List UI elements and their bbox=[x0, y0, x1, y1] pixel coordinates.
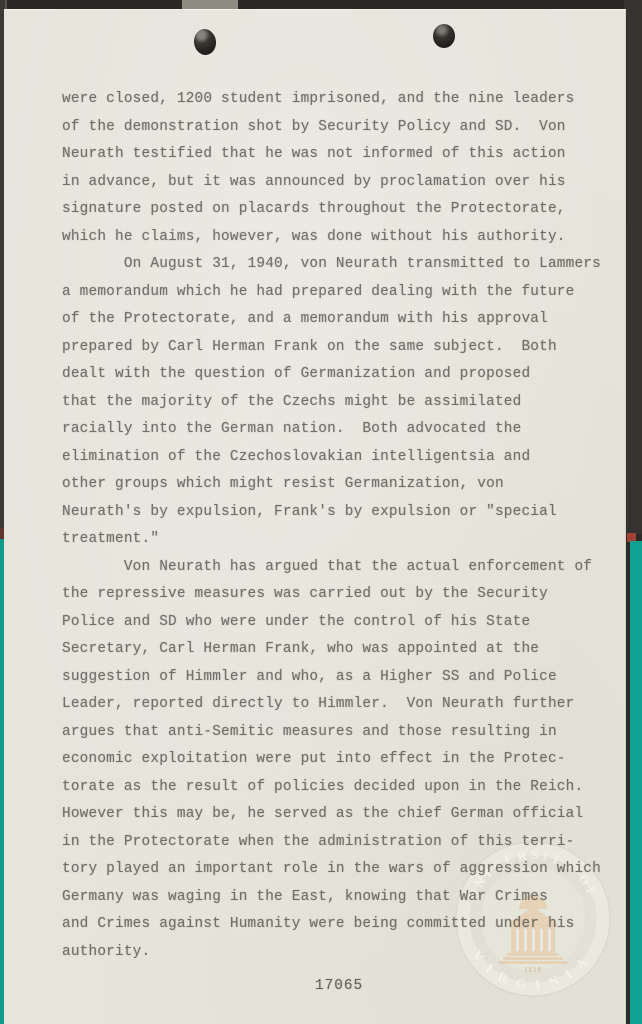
scan-edge-right-teal bbox=[630, 541, 642, 1024]
text-line: Von Neurath has argued that the actual e… bbox=[62, 554, 602, 582]
seal-year-text: 1819 bbox=[524, 966, 542, 974]
text-line: Germany was waging in the East, knowing … bbox=[62, 884, 602, 912]
text-line: tory played an important role in the war… bbox=[62, 856, 602, 884]
text-line: a memorandum which he had prepared deali… bbox=[62, 279, 602, 307]
scan-edge-top bbox=[0, 0, 642, 9]
text-line: racially into the German nation. Both ad… bbox=[62, 416, 602, 444]
scanned-page: { "page": { "kind": "scanned typewritten… bbox=[0, 0, 642, 1024]
text-line: in the Protectorate when the administrat… bbox=[62, 829, 602, 857]
text-line: Police and SD who were under the control… bbox=[62, 609, 602, 637]
page-number: 17065 bbox=[315, 978, 363, 994]
text-line: in advance, but it was announced by proc… bbox=[62, 169, 602, 197]
text-line: authority. bbox=[62, 939, 602, 967]
text-line: the repressive measures was carried out … bbox=[62, 581, 602, 609]
text-line: Neurath's by expulsion, Frank's by expul… bbox=[62, 499, 602, 527]
text-line: elimination of the Czechoslovakian intel… bbox=[62, 444, 602, 472]
text-line: However this may be, he served as the ch… bbox=[62, 801, 602, 829]
text-line: argues that anti-Semitic measures and th… bbox=[62, 719, 602, 747]
text-line: of the demonstration shot by Security Po… bbox=[62, 114, 602, 142]
text-line: treatment." bbox=[62, 526, 602, 554]
text-block: were closed, 1200 student imprisoned, an… bbox=[62, 86, 602, 966]
scan-edge-top-light-segment bbox=[182, 0, 238, 9]
hole-punch-right bbox=[433, 24, 455, 48]
text-line: were closed, 1200 student imprisoned, an… bbox=[62, 86, 602, 114]
text-line: torate as the result of policies decided… bbox=[62, 774, 602, 802]
text-line: and Crimes against Humanity were being c… bbox=[62, 911, 602, 939]
text-line: of the Protectorate, and a memorandum wi… bbox=[62, 306, 602, 334]
text-line: economic exploitation were put into effe… bbox=[62, 746, 602, 774]
text-line: On August 31, 1940, von Neurath transmit… bbox=[62, 251, 602, 279]
text-line: which he claims, however, was done witho… bbox=[62, 224, 602, 252]
scan-edge-right-dark bbox=[624, 0, 642, 534]
text-line: that the majority of the Czechs might be… bbox=[62, 389, 602, 417]
text-line: other groups which might resist Germaniz… bbox=[62, 471, 602, 499]
text-line: prepared by Carl Herman Frank on the sam… bbox=[62, 334, 602, 362]
text-line: suggestion of Himmler and who, as a High… bbox=[62, 664, 602, 692]
text-line: Neurath testified that he was not inform… bbox=[62, 141, 602, 169]
text-line: Leader, reported directly to Himmler. Vo… bbox=[62, 691, 602, 719]
text-line: dealt with the question of Germanization… bbox=[62, 361, 602, 389]
text-line: signature posted on placards throughout … bbox=[62, 196, 602, 224]
text-line: Secretary, Carl Herman Frank, who was ap… bbox=[62, 636, 602, 664]
